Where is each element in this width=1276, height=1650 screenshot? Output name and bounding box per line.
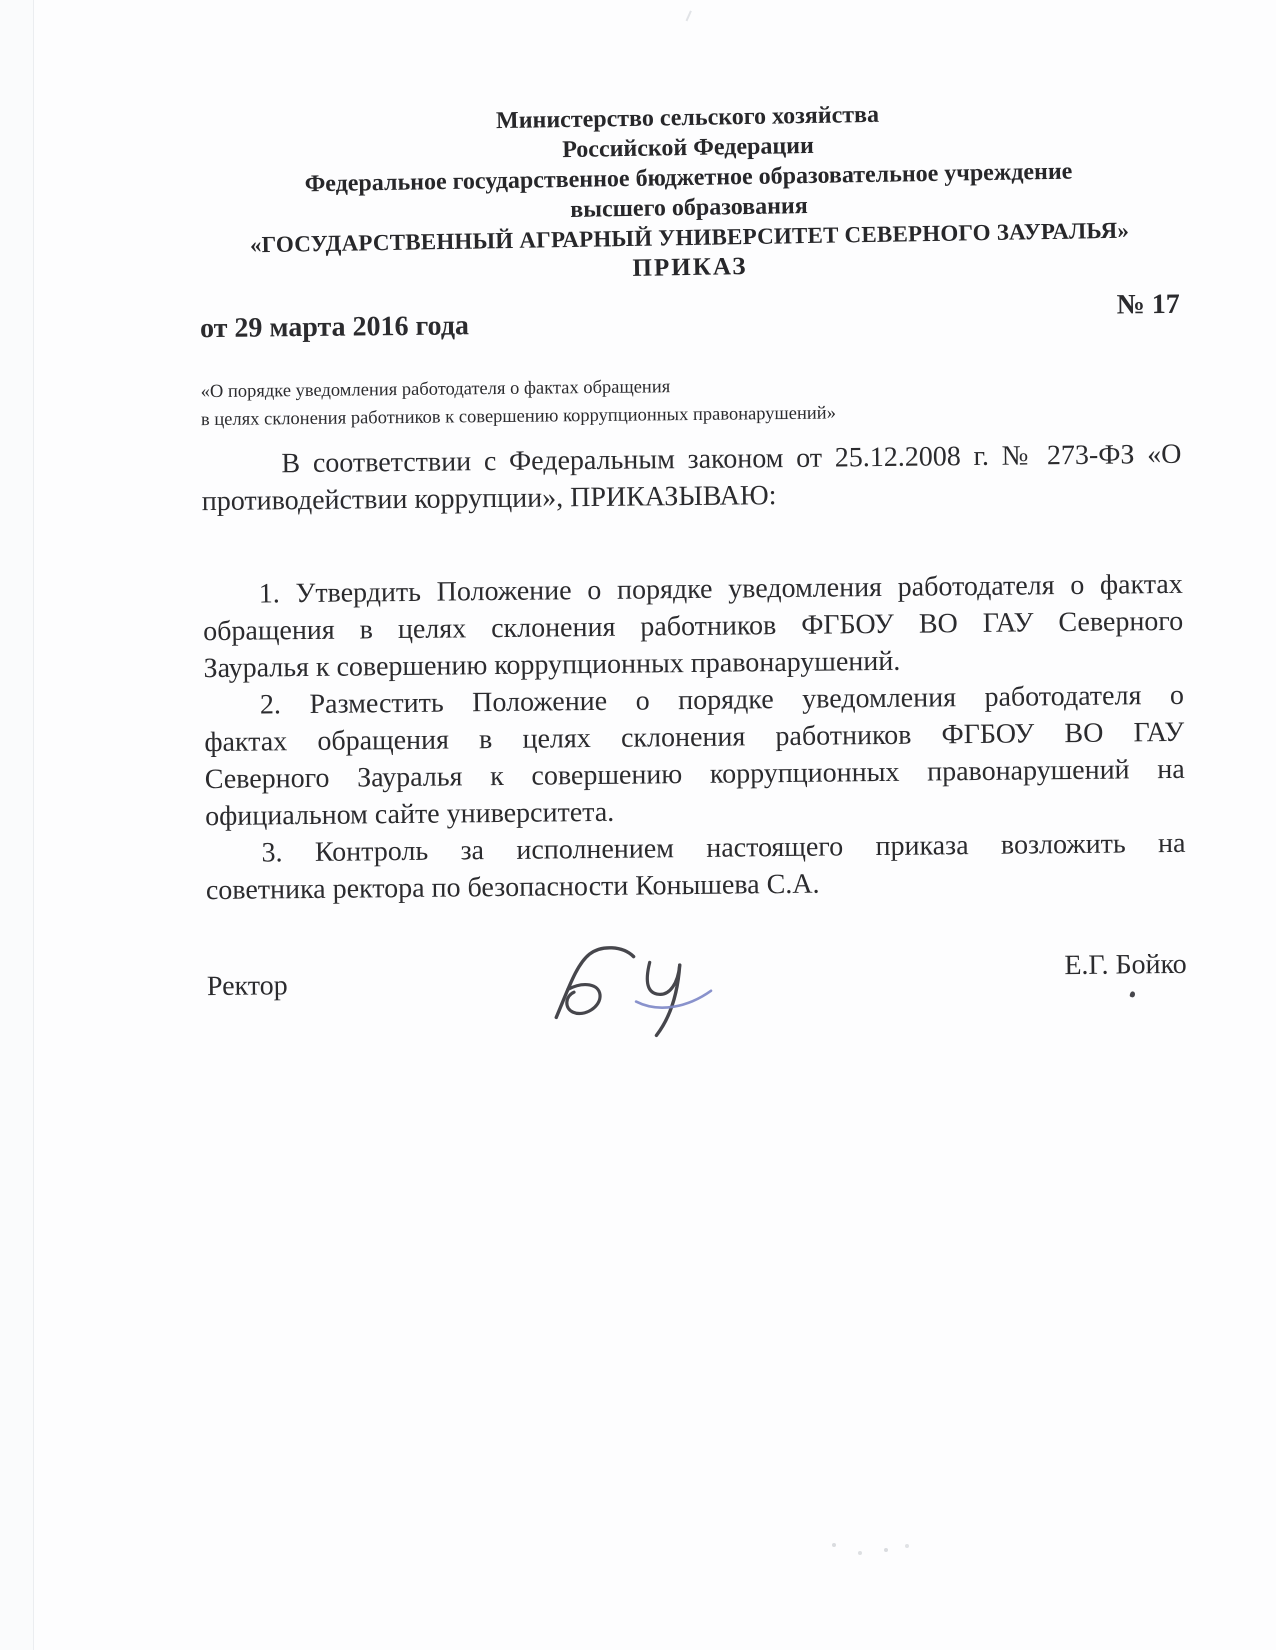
order-number: № 17 xyxy=(1117,288,1180,323)
signature-block: Ректор Е.Г. Бойко xyxy=(207,945,1188,1085)
document-content: Министерство сельского хозяйства Российс… xyxy=(197,0,1188,1085)
signatory-name: Е.Г. Бойко xyxy=(1064,949,1187,982)
date-line: от 29 марта 2016 года xyxy=(200,309,469,346)
date-number-row: от 29 марта 2016 года № 17 xyxy=(200,302,1180,346)
order-item-2: 2. Разместить Положение о порядке уведом… xyxy=(204,677,1185,835)
ink-dot xyxy=(1129,991,1136,998)
signatory-role: Ректор xyxy=(207,970,288,1003)
handwritten-signature xyxy=(536,940,727,1042)
order-item-3: 3. Контроль за исполнением настоящего пр… xyxy=(205,825,1186,909)
scan-edge xyxy=(0,0,34,1650)
order-item-1: 1. Утвердить Положение о порядке уведомл… xyxy=(203,566,1184,687)
scan-smudge xyxy=(832,1543,836,1547)
letterhead: Министерство сельского хозяйства Российс… xyxy=(196,0,1181,291)
subject-block: «О порядке уведомления работодателя о фа… xyxy=(201,368,1182,434)
scanned-order-document: Министерство сельского хозяйства Российс… xyxy=(0,0,1276,1650)
preamble: В соответствии с Федеральным законом от … xyxy=(201,436,1182,520)
